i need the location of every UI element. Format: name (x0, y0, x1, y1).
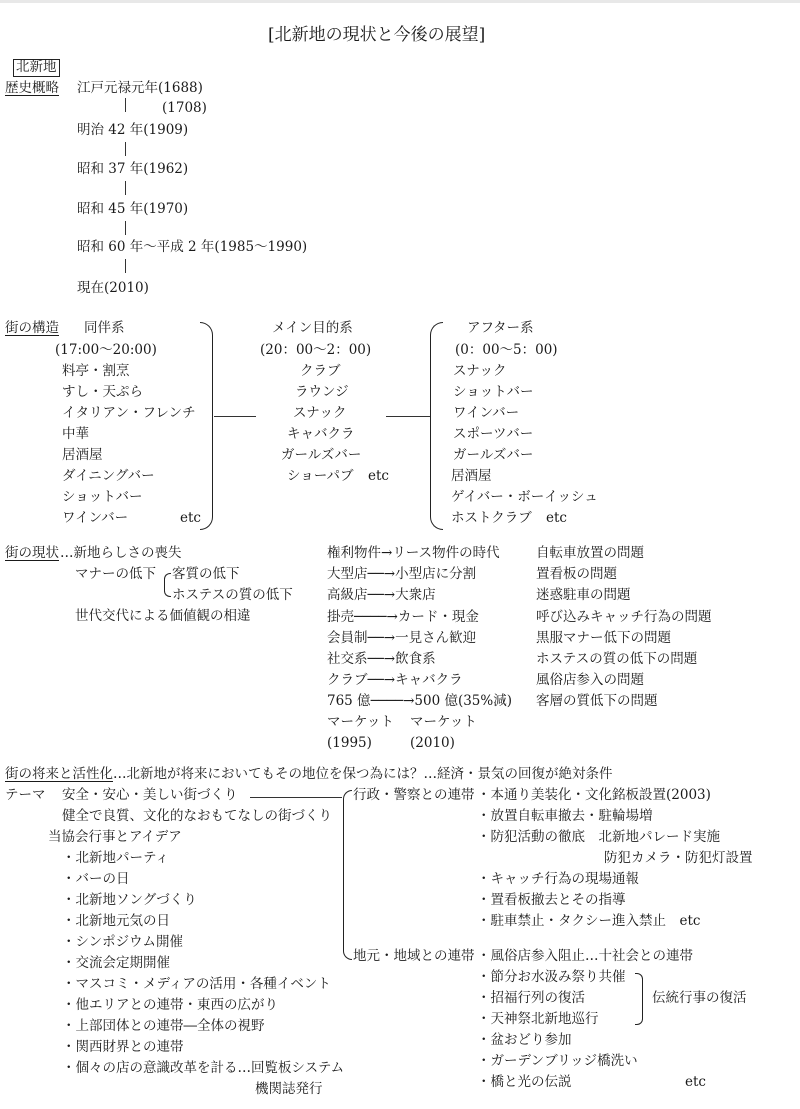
change-row: 765 億────→500 億(35%減) (327, 695, 512, 709)
tradition-label: 伝統行事の復活 (652, 992, 747, 1006)
gov-item: ・本通り美装化・文化銘板設置(2003) (477, 789, 711, 803)
problem-item: 呼び込みキャッチ行為の問題 (536, 611, 712, 625)
structure-heading: 街の構造 (5, 322, 59, 336)
local-label: 地元・地域との連帯 (353, 950, 475, 964)
ideas-heading: 当協会行事とアイデア (48, 831, 182, 845)
small-brace (164, 573, 171, 597)
change-row: 権利物件→リース物件の時代 (327, 547, 500, 561)
group-hours: (20：00〜2：00) (260, 344, 371, 358)
group-item: 居酒屋 (62, 449, 103, 463)
local-item: ・橋と光の伝説 (477, 1076, 572, 1090)
manner-item: 客質の低下 (172, 568, 240, 582)
group-item: ホストクラブ (451, 512, 532, 526)
timeline-line (125, 221, 126, 235)
manner-item: ホステスの質の低下 (172, 589, 293, 603)
group-item: ガールズバー (453, 449, 533, 463)
scan-edge (0, 0, 800, 3)
manner-label: マナーの低下 (75, 568, 156, 582)
future-lead: …北新地が将来においてもその地位を保つ為には？…経済・景気の回復が絶対条件 (113, 766, 613, 782)
local-item: ・ガーデンブリッジ橋洗い (477, 1055, 638, 1069)
local-item: ・節分お水汲み祭り共催 (477, 971, 626, 985)
change-row: 高級店──→大衆店 (327, 589, 436, 603)
history-item: 現在(2010) (77, 282, 149, 296)
change-row: 社交系──→飲食系 (327, 653, 436, 667)
left-brace (430, 322, 443, 530)
history-item: 江戸元禄元年(1688) (77, 82, 203, 96)
gov-item: ・キャッチ行為の現場通報 (477, 873, 639, 887)
current-heading: 街の現状 (5, 547, 59, 561)
current-lead: …新地らしさの喪失 (60, 547, 182, 561)
group-item: ダイニングバー (62, 470, 155, 484)
future-heading: 街の将来と活性化 (5, 766, 113, 782)
timeline-line (125, 142, 126, 156)
idea-extra: 機関誌発行 (255, 1083, 323, 1097)
connector-line (214, 416, 256, 417)
theme-label: テーマ (5, 789, 46, 803)
idea-item: ・関西財界との連帯 (62, 1041, 184, 1055)
group-hours: (0：00〜5：00) (455, 344, 558, 358)
history-item: 昭和 45 年(1970) (77, 203, 188, 217)
group-item: 居酒屋 (451, 470, 492, 484)
change-row: 掛売────→カード・現金 (327, 611, 479, 625)
problem-item: 自転車放置の問題 (536, 547, 644, 561)
local-etc: etc (685, 1076, 706, 1090)
idea-item: ・バーの日 (62, 873, 130, 887)
problem-item: ホステスの質の低下の問題 (536, 653, 697, 667)
timeline-line (125, 98, 126, 112)
local-item: ・天神祭北新地巡行 (477, 1013, 599, 1027)
idea-item: ・北新地ソングづくり (62, 894, 197, 908)
idea-item: ・上部団体との連帯―全体の視野 (62, 1020, 265, 1034)
generation-note: 世代交代による価値観の相違 (75, 610, 251, 624)
group-item: ショットバー (62, 491, 142, 505)
group-item: ワインバー (62, 512, 128, 526)
group-item: キャバクラ (287, 428, 355, 442)
group-item: ラウンジ (295, 386, 349, 400)
history-item: 昭和 37 年(1962) (77, 163, 188, 177)
group-item: スポーツバー (453, 428, 533, 442)
area-label: 北新地 (13, 59, 60, 77)
group-item: スナック (293, 407, 346, 421)
future-line: 街の将来と活性化…北新地が将来においてもその地位を保つ為には？…経済・景気の回復… (5, 768, 613, 782)
problem-item: 迷惑駐車の問題 (536, 589, 631, 603)
theme-1: 安全・安心・美しい街づくり (62, 789, 238, 803)
page-title: [北新地の現状と今後の展望] (268, 27, 485, 44)
timeline-line (125, 181, 126, 195)
idea-item: ・他エリアとの連帯・東西の広がり (62, 999, 278, 1013)
history-heading: 歴史概略 (5, 82, 59, 96)
timeline-line (125, 259, 126, 273)
group-name: アフター系 (467, 322, 534, 336)
local-item: ・盆おどり参加 (477, 1034, 572, 1048)
group-item: 中華 (62, 428, 89, 442)
connector-line (250, 797, 342, 798)
group-item: ガールズバー (281, 449, 361, 463)
gov-item: ・防犯活動の徹底 北新地パレード実施 (477, 831, 720, 845)
right-brace (200, 322, 213, 530)
market-year: (1995) (327, 737, 372, 751)
market-label: マーケット (410, 716, 477, 730)
history-item: 昭和 60 年〜平成 2 年(1985〜1990) (77, 241, 307, 255)
idea-item: ・シンポジウム開催 (62, 936, 183, 950)
idea-item: ・北新地元気の日 (62, 915, 170, 929)
group-item: ショーパブ (287, 470, 354, 484)
gov-item: 防犯カメラ・防犯灯設置 (604, 852, 753, 866)
group-item: クラブ (300, 365, 341, 379)
gov-item: ・放置自転車撤去・駐輪場増 (477, 810, 653, 824)
group-item: すし・天ぷら (62, 386, 143, 400)
group-etc: etc (368, 470, 389, 484)
change-row: クラブ──→キャバクラ (327, 674, 463, 688)
market-year: (2010) (410, 737, 455, 751)
change-row: 大型店──→小型店に分割 (327, 568, 476, 582)
idea-item: ・マスコミ・メディアの活用・各種イベント (62, 978, 331, 992)
group-item: スナック (453, 365, 506, 379)
group-item: ショットバー (453, 386, 533, 400)
problem-item: 黒服マナー低下の問題 (536, 632, 671, 646)
group-name: メイン目的系 (272, 322, 353, 336)
connector-line (386, 416, 430, 417)
gov-item: ・駐車禁止・タクシー進入禁止 etc (477, 915, 700, 929)
idea-item: ・個々の店の意識改革を計る…回覧板システム (62, 1062, 344, 1076)
left-brace (343, 790, 352, 960)
problem-item: 置看板の問題 (536, 568, 617, 582)
change-row: 会員制──→一見さん歓迎 (327, 632, 476, 646)
problem-item: 風俗店参入の問題 (536, 674, 644, 688)
small-brace (635, 973, 643, 1025)
group-item: イタリアン・フレンチ (62, 407, 196, 421)
idea-item: ・交流会定期開催 (62, 957, 170, 971)
group-etc: etc (180, 512, 201, 526)
history-item: (1708) (162, 102, 207, 116)
market-label: マーケット (327, 716, 394, 730)
history-item: 明治 42 年(1909) (77, 124, 188, 138)
theme-2: 健全で良質、文化的なおもてなしの街づくり (62, 810, 332, 824)
problem-item: 客層の質低下の問題 (536, 695, 658, 709)
idea-item: ・北新地パーティ (62, 852, 169, 866)
group-name: 同伴系 (84, 322, 125, 336)
group-etc: etc (546, 512, 567, 526)
group-item: ワインバー (453, 407, 519, 421)
local-item: ・風俗店参入阻止…十社会との連帯 (477, 950, 693, 964)
gov-label: 行政・警察との連帯 (353, 789, 475, 803)
group-item: 料亭・割烹 (62, 365, 130, 379)
group-hours: (17:00〜20:00) (55, 344, 157, 358)
group-item: ゲイバー・ボーイッシュ (451, 491, 598, 505)
local-item: ・招福行列の復活 (477, 992, 585, 1006)
gov-item: ・置看板撤去とその指導 (477, 894, 626, 908)
